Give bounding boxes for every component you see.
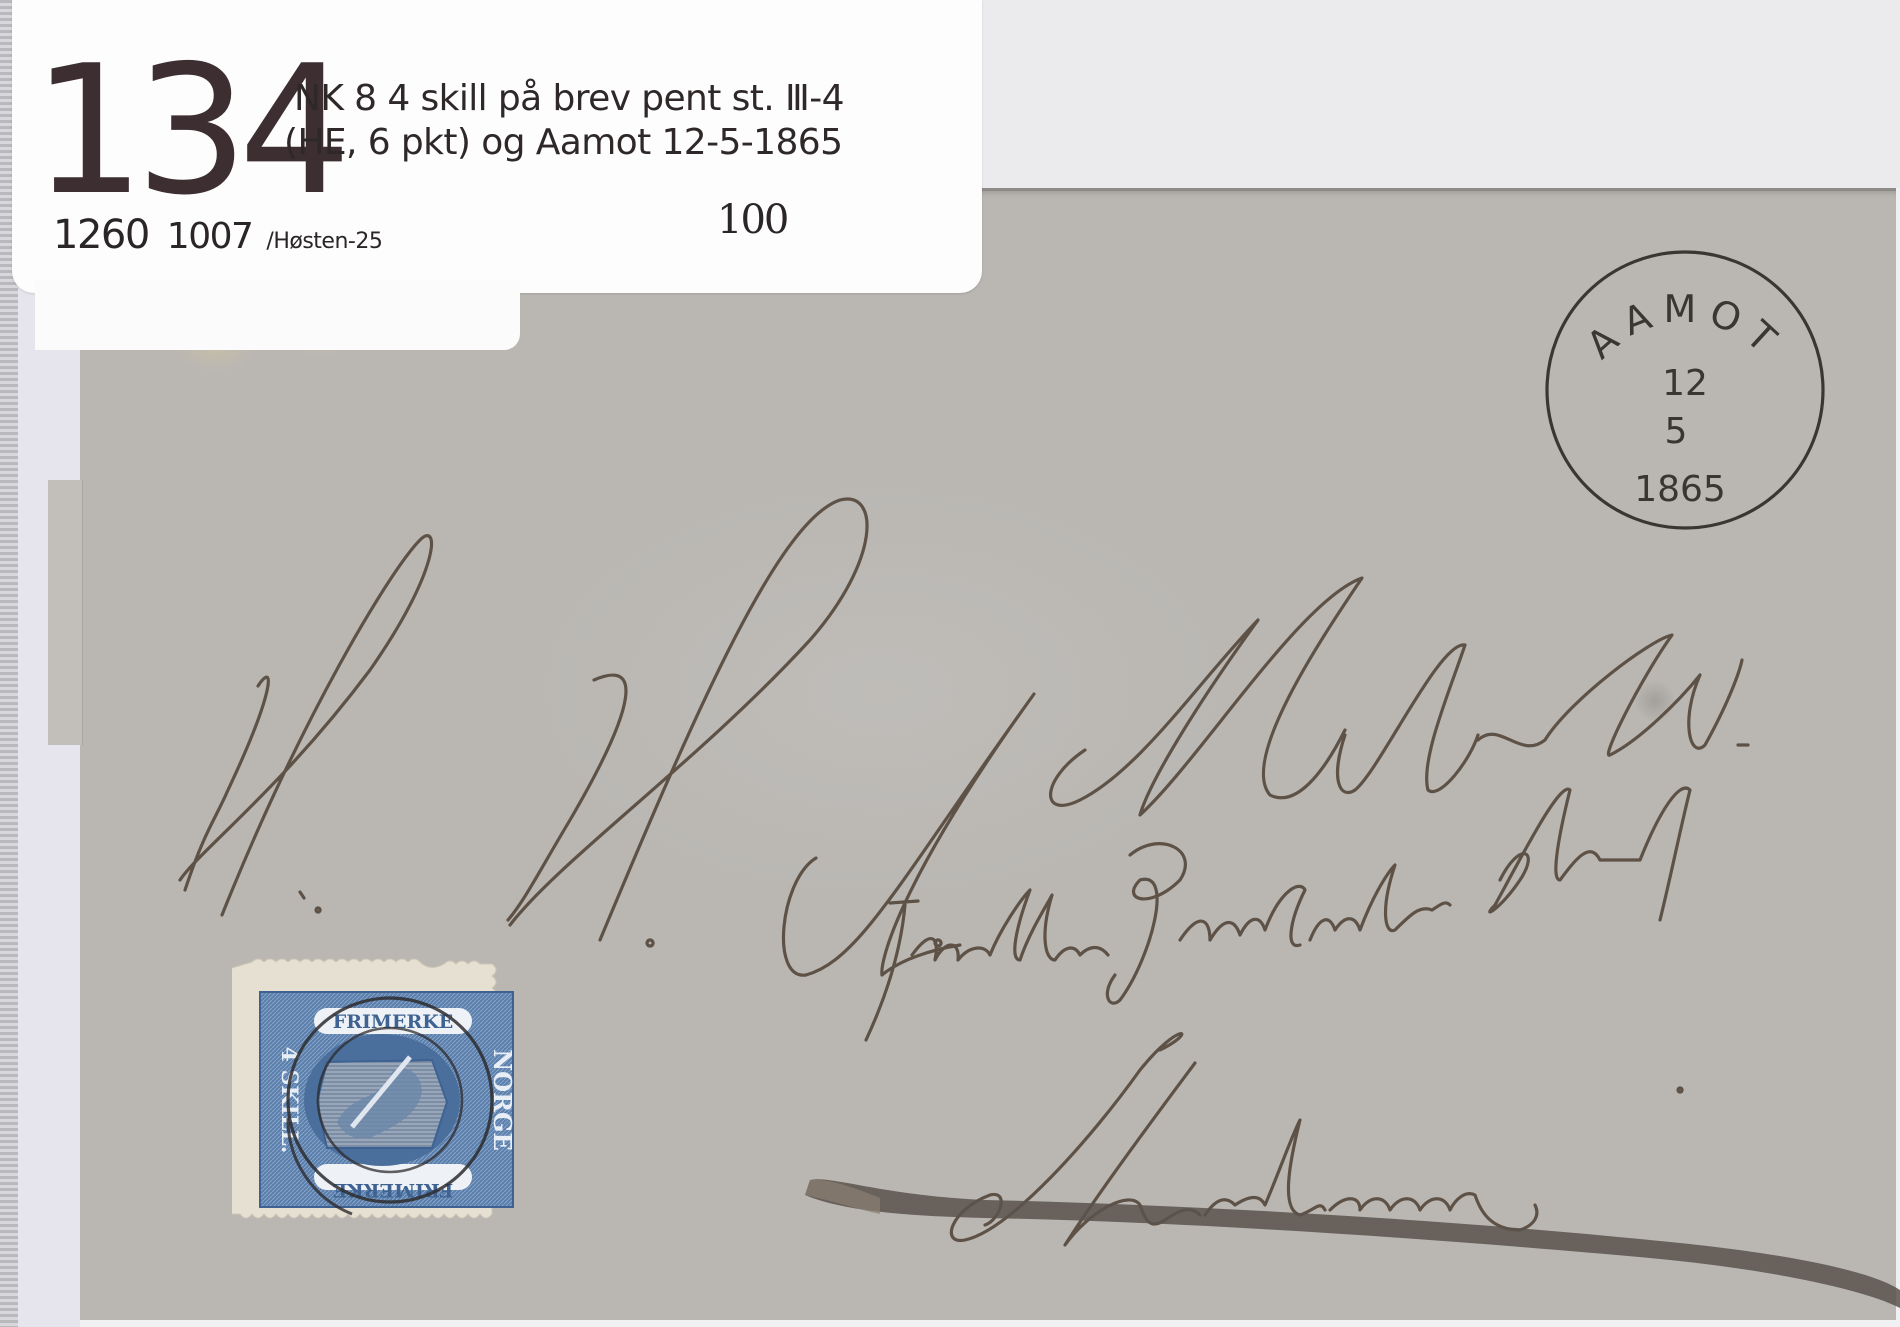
scan-margin-bottom — [80, 1320, 1900, 1327]
postmark-year: 1865 — [1634, 469, 1726, 510]
auction-lot-label: 134 NK 8 4 skill på brev pent st. Ⅲ-4 (H… — [12, 0, 982, 293]
lot-description-line1: NK 8 4 skill på brev pent st. Ⅲ-4 — [284, 77, 844, 121]
postmark-month: 5 — [1665, 411, 1688, 452]
aamot-postmark: AAMOT 12 5 1865 — [1540, 245, 1830, 535]
label-tab — [35, 280, 520, 350]
svg-text:AAMOT: AAMOT — [1578, 287, 1792, 368]
reference-number-1: 1260 — [53, 212, 149, 258]
stamp-4-skilling: FRIMERKE FRIMERKE 4 SKILL. NORGE — [232, 952, 538, 1227]
reference-number-2: 1007 — [167, 216, 253, 257]
estimate-price: 100 — [717, 197, 787, 243]
postmark-day: 12 — [1662, 363, 1708, 404]
scan-margin-right — [1896, 188, 1900, 1327]
stamp-top-text: FRIMERKE — [333, 1011, 453, 1033]
auction-season: /Høsten-25 — [266, 229, 382, 254]
lot-description: NK 8 4 skill på brev pent st. Ⅲ-4 (HE, 6… — [284, 77, 844, 165]
envelope-flap — [48, 480, 83, 745]
reference-numbers: 12601007/Høsten-25 — [53, 210, 382, 267]
postmark-town: AAMOT — [1578, 287, 1792, 368]
lot-description-line2: (HE, 6 pkt) og Aamot 12-5-1865 — [284, 121, 844, 165]
